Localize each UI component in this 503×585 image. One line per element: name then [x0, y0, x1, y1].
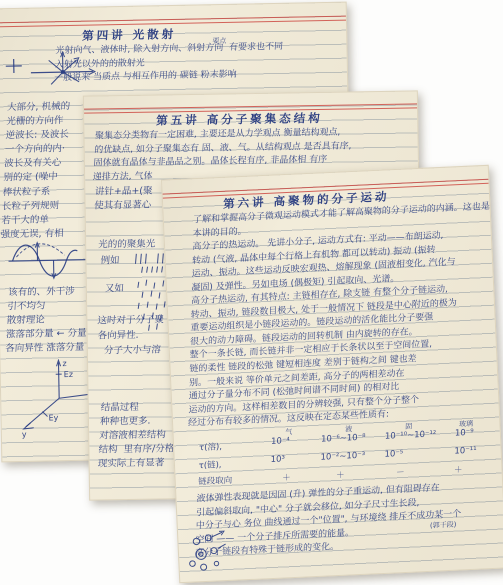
- cell: 10⁻¹¹: [454, 446, 476, 457]
- mid-line-6: 分子大小与溶: [103, 343, 161, 358]
- mid-line-2: 例如: [100, 254, 120, 268]
- photo-of-notes: 第四讲 光散射 要点 光射向气、液体时, 除入射方向、斜射方向 有要求也不同入射…: [0, 0, 503, 585]
- cell: 10⁻⁹: [455, 428, 474, 439]
- cell: 10⁻⁴: [271, 436, 290, 447]
- cell: 10⁻¹⁰~10⁻¹²: [385, 429, 437, 441]
- relaxation-table: 气 液 固 玻璃 τ(溶), 10⁻⁴ 10⁻⁶~10⁻⁸ 10⁻¹⁰~10⁻¹…: [196, 418, 497, 490]
- cell: 10⁻⁵: [384, 449, 403, 460]
- sign: ＋: [336, 469, 345, 481]
- row-label: τ(溶),: [199, 440, 222, 453]
- cell: 10⁻²~10⁻³: [320, 451, 365, 463]
- axis-label-ey: Ey: [48, 413, 58, 422]
- cell: 10⁻⁶~10⁻⁸: [321, 433, 366, 445]
- page-title: 第五讲 高分子聚集态结构: [156, 110, 323, 129]
- axis-label-z: z: [62, 359, 66, 368]
- intro-lines: 光射向气、液体时, 除入射方向、斜射方向 有要求也不同入射光以外的的散射光一般说…: [54, 40, 340, 86]
- axis-label-y: y: [22, 430, 27, 439]
- axis-label-ez: Ez: [64, 370, 73, 379]
- mid-line-3: 又如: [105, 282, 125, 296]
- row-label: τ(链),: [199, 458, 222, 471]
- mid-line-1: 光的的聚集光: [98, 238, 156, 253]
- sheet-3: 第六讲 高聚物的分子运动 了解和掌握高分子微观运动模式才能了解高聚物的分子运动的…: [161, 165, 503, 583]
- sign: ＋: [282, 471, 291, 483]
- vacancy-circles-diagram: [184, 529, 252, 578]
- mid-line-4: 这时对于分子聚: [97, 313, 164, 328]
- page-title: 第四讲 光散射: [82, 26, 177, 44]
- sign: ＋: [454, 463, 463, 475]
- cross-mark: [5, 57, 23, 75]
- closing-annotation: (郭干段): [430, 520, 457, 531]
- sign: －: [396, 466, 405, 478]
- sine-wave-diagram: [6, 234, 97, 286]
- cell: 10³: [271, 454, 285, 465]
- mid-line-5: 各向异性.: [97, 329, 139, 344]
- row-label: 链段取向: [198, 474, 232, 488]
- paragraph: 了解和掌握高分子微观运动模式才能了解高聚物的分子运动的内涵。这也是本讲的目的。高…: [188, 201, 493, 432]
